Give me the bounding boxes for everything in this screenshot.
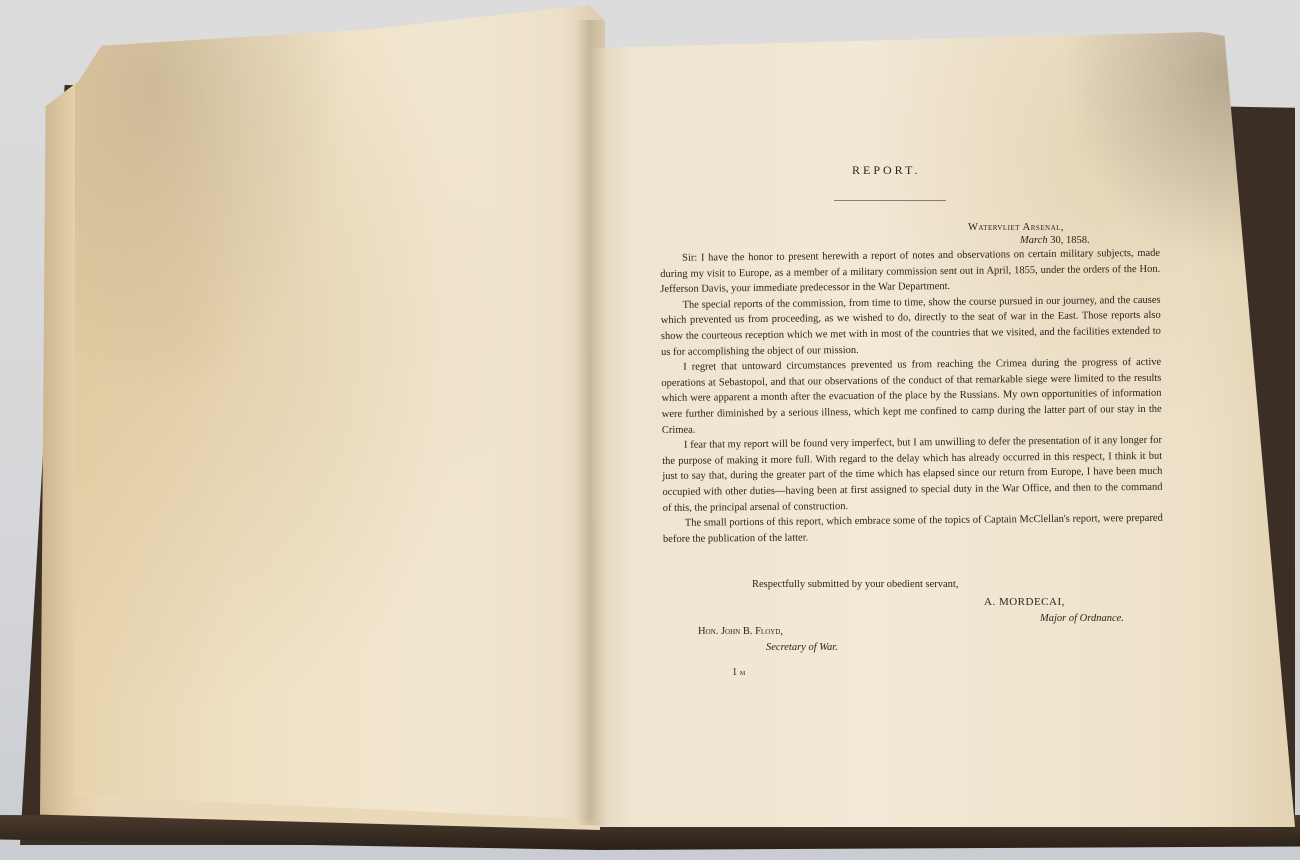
paragraph-4: I fear that my report will be found very… <box>662 433 1163 516</box>
signature-mark-letter: m <box>740 667 745 677</box>
signature-rank: Major of Ordnance. <box>1040 613 1124 624</box>
signature-name: A. MORDECAI, <box>984 596 1065 608</box>
page-title: REPORT. <box>852 163 920 178</box>
title-rule-divider <box>834 200 946 201</box>
paragraph-2: The special reports of the commission, f… <box>660 293 1161 361</box>
printer-signature-mark: 1 m <box>732 667 745 678</box>
dateline-date: March 30, 1858. <box>1020 235 1090 246</box>
report-body: Sir: I have the honor to present herewit… <box>660 246 1163 548</box>
signature-mark-number: 1 <box>732 667 737 678</box>
addressee-name: Hon. John B. Floyd, <box>698 626 783 637</box>
paragraph-3: I regret that untoward circumstances pre… <box>661 355 1162 438</box>
dateline-place: Watervliet Arsenal, <box>968 222 1064 233</box>
paragraph-5: The small portions of this report, which… <box>663 511 1163 547</box>
book-gutter <box>576 20 606 825</box>
dateline-month: March <box>1020 235 1048 246</box>
left-page-blank <box>75 5 605 820</box>
closing-line: Respectfully submitted by your obedient … <box>752 579 958 590</box>
addressee-title: Secretary of War. <box>766 642 838 653</box>
dateline-day-year: 30, 1858. <box>1048 235 1090 246</box>
paragraph-1: Sir: I have the honor to present herewit… <box>660 246 1160 298</box>
